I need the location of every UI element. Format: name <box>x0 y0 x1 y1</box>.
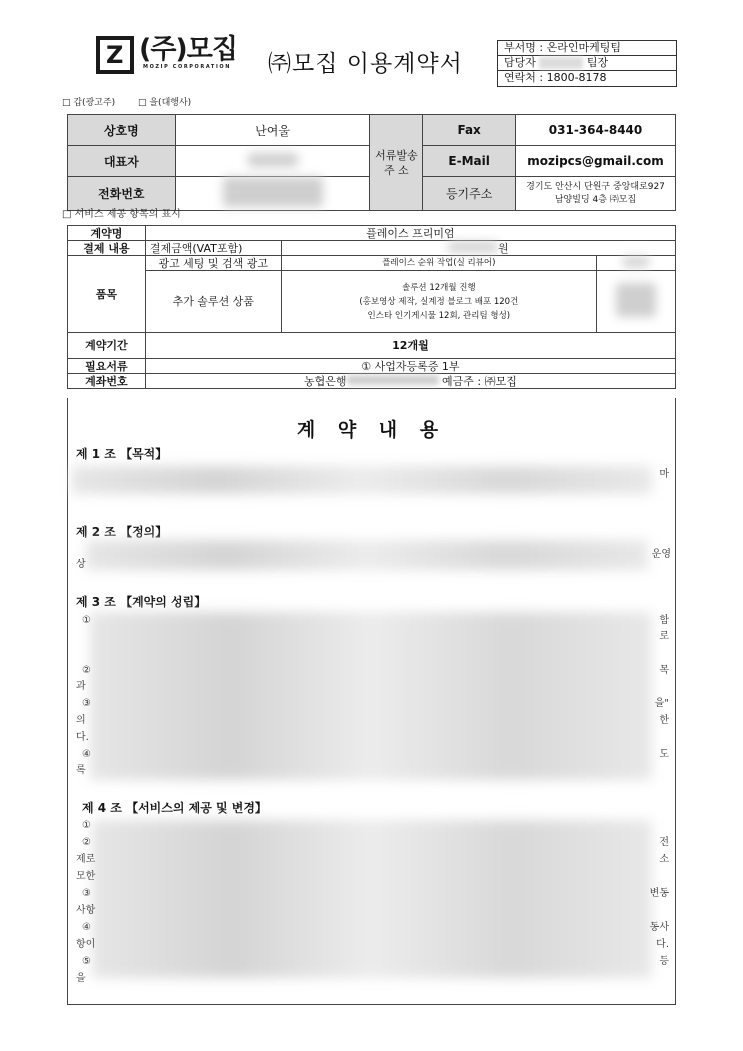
doc-address-label: 서류발송 주 소 <box>370 115 423 211</box>
phone-label: 전화번호 <box>68 177 176 211</box>
period-label: 계약기간 <box>68 333 146 359</box>
contract-body-title: 계 약 내 용 <box>68 418 675 442</box>
item1-name: 광고 세팅 및 검색 광고 <box>145 256 281 271</box>
document-title: ㈜모집 이용계약서 <box>268 50 463 78</box>
redacted-article-4 <box>92 820 652 978</box>
redacted-article-3 <box>90 612 652 780</box>
contact-info-box: 부서명 : 온라인마케팅팀 담당자 팀장 연락처 : 1800-8178 <box>497 40 677 87</box>
payment-amount-value: 원 <box>281 241 675 256</box>
phone-value <box>175 177 370 211</box>
email-label: E-Mail <box>423 146 516 177</box>
service-table: 계약명 플레이스 프리미엄 결제 내용 결제금액(VAT포함) 원 품목 광고 … <box>67 225 676 389</box>
item2-price <box>597 271 676 333</box>
redacted-price <box>623 257 649 267</box>
docs-value: ① 사업자등록증 1부 <box>145 359 675 374</box>
article-3-heading: 제 3 조 【계약의 성립】 <box>76 594 206 610</box>
redacted-article-1 <box>72 466 652 494</box>
company-logo: Z (주)모집 MOZIP CORPORATION <box>96 36 237 76</box>
items-label: 품목 <box>68 256 146 333</box>
company-value: 난여울 <box>175 115 370 146</box>
article-1-edge: 마 <box>659 468 669 482</box>
item1-desc: 플레이스 순위 작업(실 리뷰어) <box>281 256 596 271</box>
article-4-heading: 제 4 조 【서비스의 제공 및 변경】 <box>82 800 267 816</box>
logo-mark-icon: Z <box>96 36 134 74</box>
item2-name: 추가 솔루션 상품 <box>145 271 281 333</box>
redacted-phone <box>223 177 323 207</box>
registered-address-label: 등기주소 <box>423 177 516 211</box>
ceo-value <box>175 146 370 177</box>
company-label: 상호명 <box>68 115 176 146</box>
logo-name: (주)모집 <box>139 36 237 64</box>
account-label: 계좌번호 <box>68 374 146 389</box>
redacted-price <box>616 283 656 317</box>
email-value: mozipcs@gmail.com <box>516 146 676 177</box>
docs-label: 필요서류 <box>68 359 146 374</box>
redacted-amount <box>448 242 498 252</box>
article-2-heading: 제 2 조 【정의】 <box>76 524 167 540</box>
manager: 담당자 팀장 <box>498 56 676 71</box>
checkbox-party-b[interactable]: □ 을(대행사) <box>138 97 191 109</box>
ceo-label: 대표자 <box>68 146 176 177</box>
article-1-heading: 제 1 조 【목적】 <box>76 446 167 462</box>
fax-label: Fax <box>423 115 516 146</box>
payment-label: 결제 내용 <box>68 241 146 256</box>
contract-body: 계 약 내 용 제 1 조 【목적】 마 제 2 조 【정의】 운영 상 제 3… <box>67 398 676 1005</box>
redacted-ceo <box>248 153 298 167</box>
party-info-table: 상호명 난여울 서류발송 주 소 Fax 031-364-8440 대표자 E-… <box>67 114 676 211</box>
department: 부서명 : 온라인마케팅팀 <box>498 41 676 56</box>
fax-value: 031-364-8440 <box>516 115 676 146</box>
item1-price <box>597 256 676 271</box>
account-value: 농협은행 예금주 : ㈜모집 <box>145 374 675 389</box>
contract-name-label: 계약명 <box>68 226 146 241</box>
registered-address-value: 경기도 안산시 단원구 중앙대로927 남양빌딩 4층 ㈜모집 <box>516 177 676 211</box>
checkbox-party-a[interactable]: □ 갑(광고주) <box>62 97 115 109</box>
payment-amount-label: 결제금액(VAT포함) <box>145 241 281 256</box>
contact-number: 연락처 : 1800-8178 <box>498 71 676 86</box>
service-section-label: □ 서비스 제공 항목의 표시 <box>62 209 181 221</box>
redacted-article-2 <box>86 540 648 570</box>
logo-subtitle: MOZIP CORPORATION <box>143 64 237 71</box>
redacted-account <box>347 375 439 385</box>
contract-name-value: 플레이스 프리미엄 <box>145 226 675 241</box>
redacted-name <box>539 57 583 69</box>
item2-desc: 솔루션 12개월 진행 (홍보영상 제작, 실계정 블로그 배포 120건 인스… <box>281 271 596 333</box>
period-value: 12개월 <box>145 333 675 359</box>
